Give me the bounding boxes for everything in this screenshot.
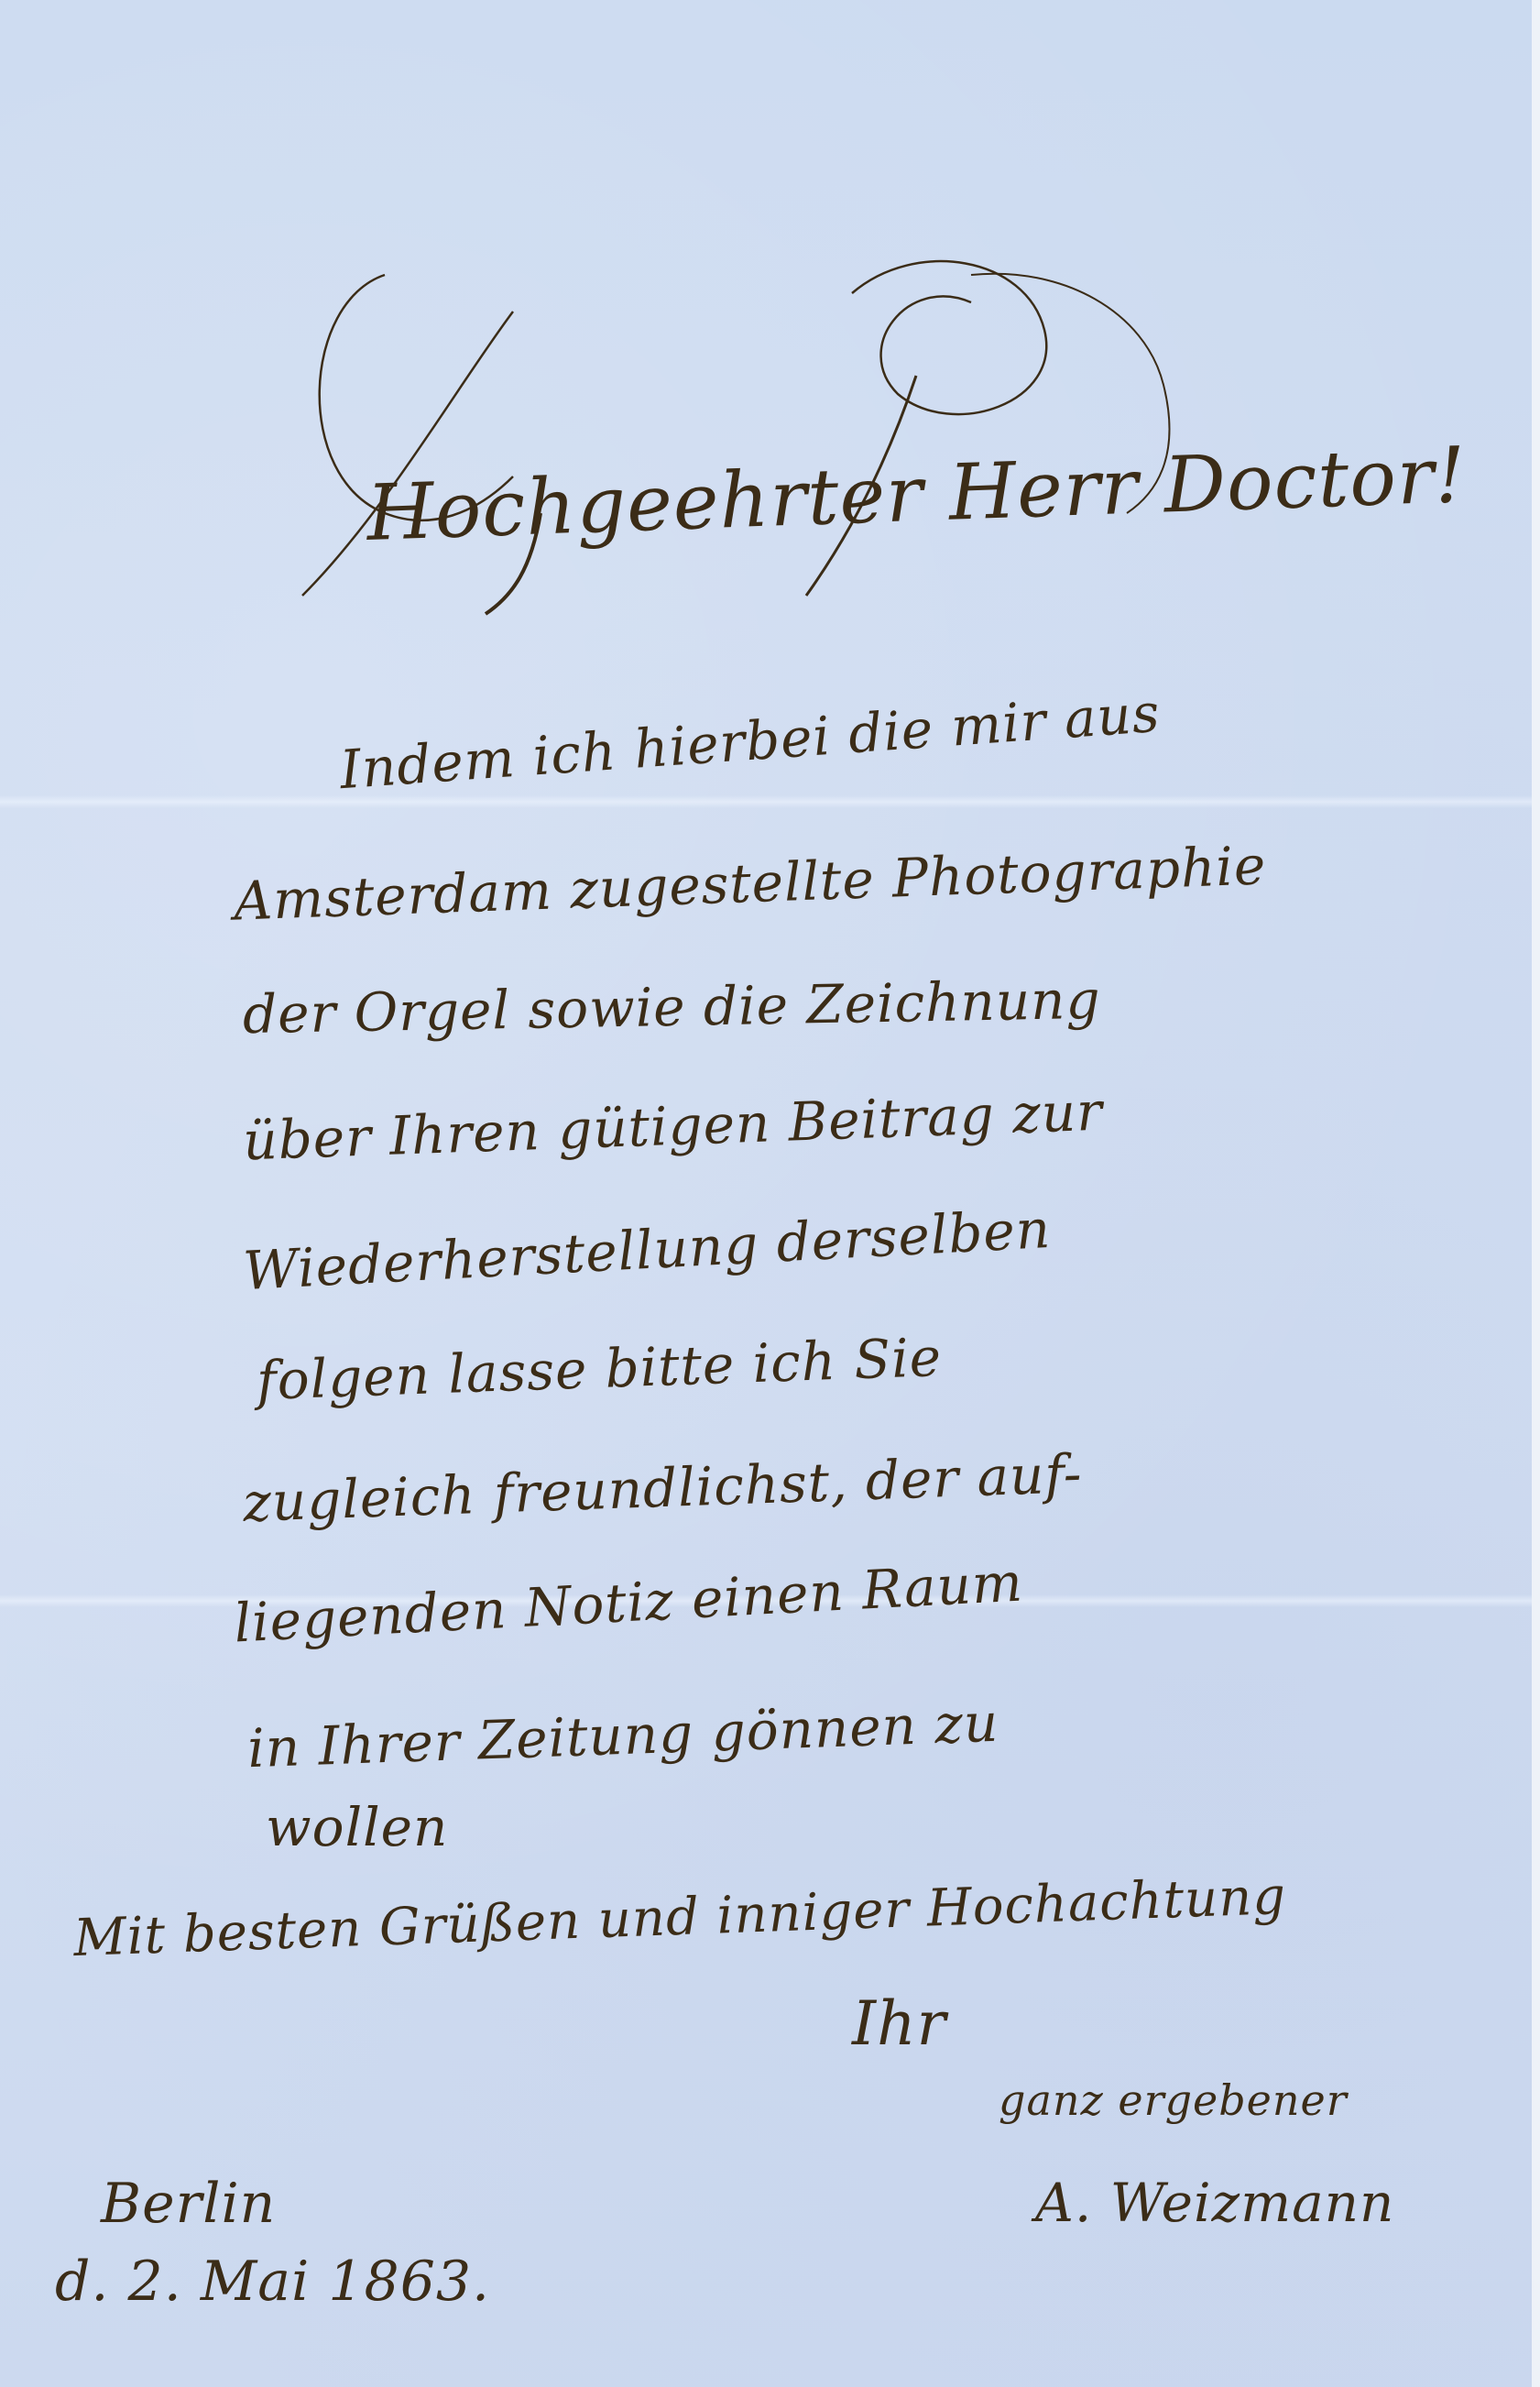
paper-fold-line <box>0 795 1532 808</box>
closing-adjective: ganz ergebener <box>999 2075 1348 2125</box>
scan-edge <box>1532 0 1540 2387</box>
place: Berlin <box>101 2172 276 2236</box>
signature: A. Weizmann <box>1035 2172 1394 2234</box>
date: d. 2. Mai 1863. <box>55 2250 490 2314</box>
letter-paper <box>0 0 1532 2387</box>
closing-pronoun: Ihr <box>852 1988 946 2059</box>
body-line-10: wollen <box>266 1796 448 1858</box>
